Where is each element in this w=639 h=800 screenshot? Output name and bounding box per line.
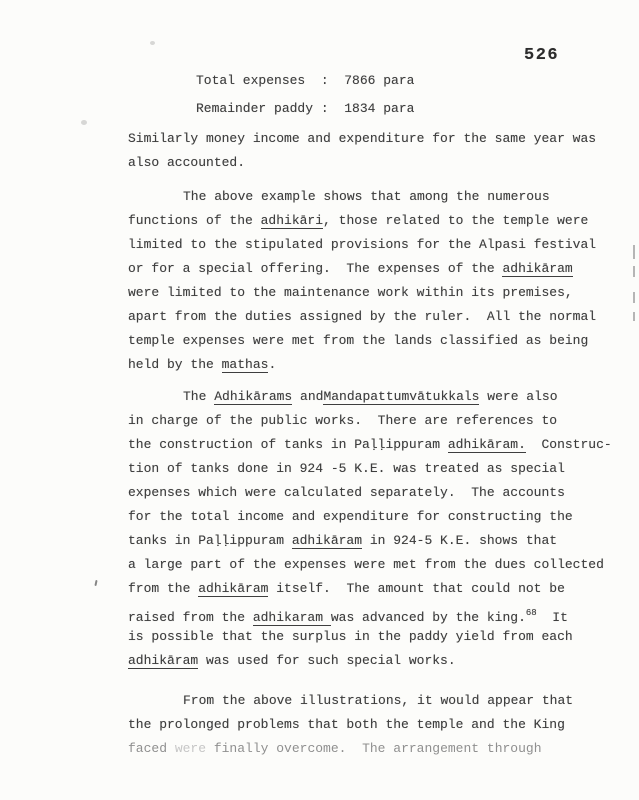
scan-speck: [150, 41, 155, 45]
account-summary-row: Remainder paddy : 1834 para: [196, 95, 414, 123]
underlined-term: mathas: [222, 357, 269, 373]
text-line: a large part of the expenses were met fr…: [128, 553, 636, 577]
text-segment: expenses which were calculated separatel…: [128, 485, 565, 500]
edge-mark: [633, 245, 635, 259]
edge-mark: [633, 266, 635, 277]
text-segment: apart from the duties assigned by the ru…: [128, 309, 596, 324]
text-segment: the prolonged problems that both the tem…: [128, 717, 565, 732]
text-line: functions of the adhikāri, those related…: [128, 209, 636, 233]
text-line: for the total income and expenditure for…: [128, 505, 636, 529]
text-segment: Construc-: [526, 437, 612, 452]
page-number: 526: [524, 46, 559, 65]
text-segment: was advanced by the king.: [331, 610, 526, 625]
underlined-term: adhikāram.: [448, 437, 526, 453]
text-line: raised from the adhikaram was advanced b…: [128, 601, 636, 625]
paragraph: Similarly money income and expenditure f…: [128, 127, 636, 175]
underlined-term: adhikāram: [198, 581, 268, 597]
text-segment: was used for such special works.: [198, 653, 455, 668]
underlined-term: adhikāram: [292, 533, 362, 549]
document-body: Similarly money income and expenditure f…: [128, 127, 636, 761]
account-summary-row: Total expenses : 7866 para: [196, 67, 414, 95]
text-line: in charge of the public works. There are…: [128, 409, 636, 433]
underlined-term: adhikāri: [261, 213, 323, 229]
text-line: Similarly money income and expenditure f…: [128, 127, 636, 151]
text-segment: a large part of the expenses were met fr…: [128, 557, 604, 572]
text-line: also accounted.: [128, 151, 636, 175]
text-segment: and: [292, 389, 323, 404]
text-line: or for a special offering. The expenses …: [128, 257, 636, 281]
text-segment: were limited to the maintenance work wit…: [128, 285, 573, 300]
text-segment: also accounted.: [128, 155, 245, 170]
text-segment: finally overcome.: [206, 741, 346, 756]
underlined-term: adhikaram: [253, 610, 331, 626]
scanned-document-page: 526 Total expenses : 7866 paraRemainder …: [0, 0, 639, 800]
scan-artifact: [94, 580, 97, 586]
text-segment: temple expenses were met from the lands …: [128, 333, 588, 348]
text-segment: the construction of tanks in Paḷḷippuram: [128, 437, 448, 452]
text-segment: were: [175, 741, 206, 756]
underlined-term: Mandapattumvātukkals: [323, 389, 479, 405]
underlined-term: adhikāram: [128, 653, 198, 669]
text-segment: for the total income and expenditure for…: [128, 509, 573, 524]
text-segment: or for a special offering. The expenses …: [128, 261, 502, 276]
text-line: temple expenses were met from the lands …: [128, 329, 636, 353]
text-segment: Similarly money income and expenditure f…: [128, 131, 596, 146]
edge-mark: [633, 312, 635, 321]
text-line: faced were finally overcome. The arrange…: [128, 737, 636, 761]
text-segment: The: [183, 389, 214, 404]
text-segment: itself. The amount that could not be: [268, 581, 564, 596]
text-segment: tion of tanks done in 924 -5 K.E. was tr…: [128, 461, 565, 476]
text-line: limited to the stipulated provisions for…: [128, 233, 636, 257]
text-line: held by the mathas.: [128, 353, 636, 377]
text-segment: tanks in Paḷḷippuram: [128, 533, 292, 548]
text-segment: , those related to the temple were: [323, 213, 588, 228]
text-line: from the adhikāram itself. The amount th…: [128, 577, 636, 601]
underlined-term: adhikāram: [502, 261, 572, 277]
text-segment: It: [537, 610, 568, 625]
underlined-term: Adhikārams: [214, 389, 292, 405]
footnote-ref: 68: [526, 608, 537, 618]
text-segment: in charge of the public works. There are…: [128, 413, 557, 428]
text-line: is possible that the surplus in the padd…: [128, 625, 636, 649]
text-line: The above example shows that among the n…: [128, 185, 636, 209]
text-line: adhikāram was used for such special work…: [128, 649, 636, 673]
text-segment: faced: [128, 741, 175, 756]
paragraph: From the above illustrations, it would a…: [128, 689, 636, 761]
text-segment: The above example shows that among the n…: [183, 189, 550, 204]
text-line: apart from the duties assigned by the ru…: [128, 305, 636, 329]
text-segment: held by the: [128, 357, 222, 372]
text-segment: in 924-5 K.E. shows that: [362, 533, 557, 548]
edge-mark: [633, 292, 635, 303]
text-line: The Adhikārams andMandapattumvātukkals w…: [128, 385, 636, 409]
text-line: the prolonged problems that both the tem…: [128, 713, 636, 737]
paragraph: The above example shows that among the n…: [128, 185, 636, 377]
text-segment: From the above illustrations, it would a…: [183, 693, 573, 708]
paragraph: The Adhikārams andMandapattumvātukkals w…: [128, 385, 636, 673]
text-segment: is possible that the surplus in the padd…: [128, 629, 573, 644]
text-segment: .: [268, 357, 276, 372]
text-line: expenses which were calculated separatel…: [128, 481, 636, 505]
account-summary: Total expenses : 7866 paraRemainder padd…: [196, 67, 414, 123]
text-line: tanks in Paḷḷippuram adhikāram in 924-5 …: [128, 529, 636, 553]
text-segment: were also: [479, 389, 557, 404]
text-segment: limited to the stipulated provisions for…: [128, 237, 596, 252]
text-segment: raised from the: [128, 610, 253, 625]
text-line: were limited to the maintenance work wit…: [128, 281, 636, 305]
scan-speck: [81, 120, 87, 125]
text-segment: functions of the: [128, 213, 261, 228]
text-segment: The arrangement through: [346, 741, 541, 756]
text-line: tion of tanks done in 924 -5 K.E. was tr…: [128, 457, 636, 481]
text-line: From the above illustrations, it would a…: [128, 689, 636, 713]
text-line: the construction of tanks in Paḷḷippuram…: [128, 433, 636, 457]
text-segment: from the: [128, 581, 198, 596]
